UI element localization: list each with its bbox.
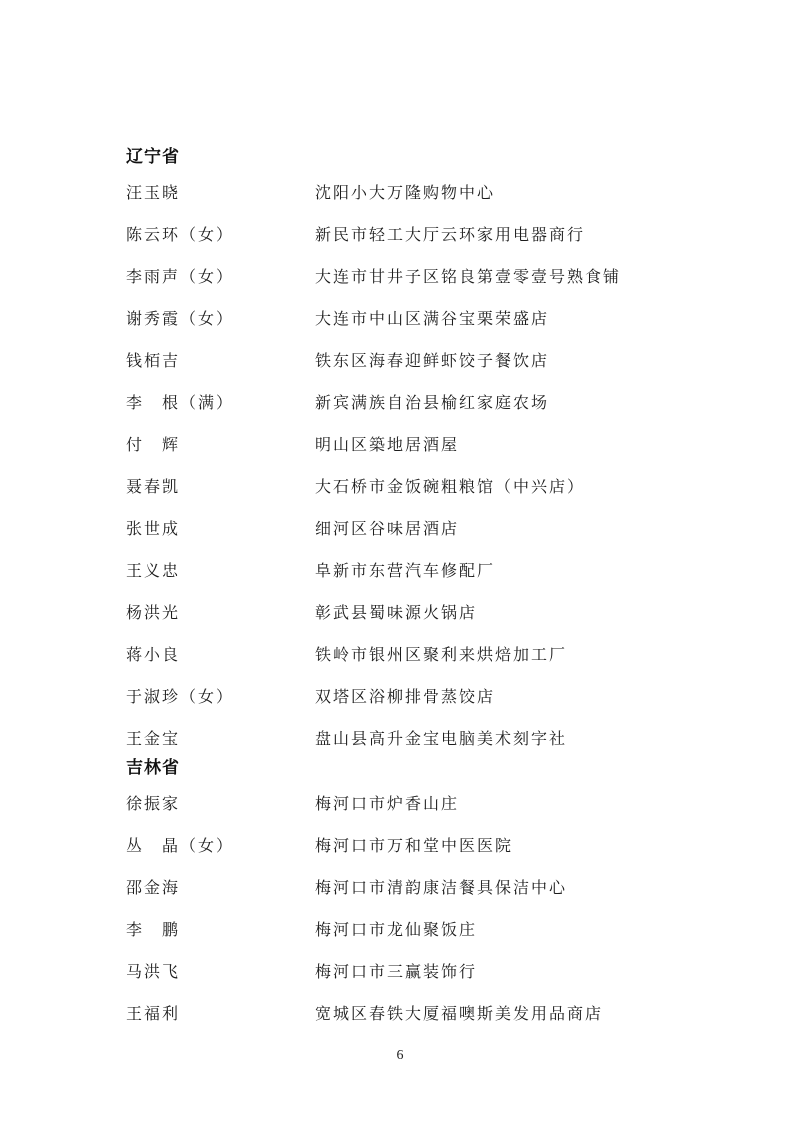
entry-row: 张世成细河区谷味居酒店 (126, 518, 706, 560)
business-name: 新宾满族自治县榆红家庭农场 (315, 392, 706, 434)
entry-row: 王义忠阜新市东营汽车修配厂 (126, 560, 706, 602)
person-name: 徐振家 (126, 793, 315, 835)
person-name: 王义忠 (126, 560, 315, 602)
person-name: 于淑珍（女） (126, 686, 315, 728)
entry-row: 钱栢吉铁东区海春迎鲜虾饺子餐饮店 (126, 350, 706, 392)
business-name: 梅河口市清韵康洁餐具保洁中心 (315, 877, 706, 919)
business-name: 彰武县蜀味源火锅店 (315, 602, 706, 644)
person-name: 丛 晶（女） (126, 835, 315, 877)
entry-row: 谢秀霞（女）大连市中山区满谷宝栗荣盛店 (126, 308, 706, 350)
business-name: 细河区谷味居酒店 (315, 518, 706, 560)
person-name: 李 鹏 (126, 919, 315, 961)
person-name: 张世成 (126, 518, 315, 560)
entry-row: 于淑珍（女）双塔区浴柳排骨蒸饺店 (126, 686, 706, 728)
business-name: 梅河口市龙仙聚饭庄 (315, 919, 706, 961)
person-name: 聂春凯 (126, 476, 315, 518)
entry-row: 马洪飞梅河口市三赢装饰行 (126, 961, 706, 1003)
person-name: 邵金海 (126, 877, 315, 919)
business-name: 梅河口市炉香山庄 (315, 793, 706, 835)
entry-row: 蒋小良铁岭市银州区聚利来烘焙加工厂 (126, 644, 706, 686)
business-name: 盘山县高升金宝电脑美术刻字社 (315, 728, 706, 770)
entry-row: 李雨声（女）大连市甘井子区铭良第壹零壹号熟食铺 (126, 266, 706, 308)
business-name: 阜新市东营汽车修配厂 (315, 560, 706, 602)
business-name: 梅河口市三赢装饰行 (315, 961, 706, 1003)
entry-row: 王福利宽城区春铁大厦福噢斯美发用品商店 (126, 1003, 706, 1045)
person-name: 李 根（满） (126, 392, 315, 434)
person-name: 钱栢吉 (126, 350, 315, 392)
entry-row: 陈云环（女）新民市轻工大厅云环家用电器商行 (126, 224, 706, 266)
entry-row: 汪玉晓沈阳小大万隆购物中心 (126, 182, 706, 224)
entry-row: 王金宝盘山县高升金宝电脑美术刻字社 (126, 728, 706, 770)
entry-row: 聂春凯大石桥市金饭碗粗粮馆（中兴店） (126, 476, 706, 518)
person-name: 李雨声（女） (126, 266, 315, 308)
person-name: 蒋小良 (126, 644, 315, 686)
entry-row: 徐振家梅河口市炉香山庄 (126, 793, 706, 835)
entry-row: 杨洪光彰武县蜀味源火锅店 (126, 602, 706, 644)
business-name: 大连市甘井子区铭良第壹零壹号熟食铺 (315, 266, 706, 308)
page-number: 6 (0, 1046, 800, 1066)
entry-row: 李 鹏梅河口市龙仙聚饭庄 (126, 919, 706, 961)
business-name: 铁东区海春迎鲜虾饺子餐饮店 (315, 350, 706, 392)
person-name: 马洪飞 (126, 961, 315, 1003)
entry-row: 付 辉明山区築地居酒屋 (126, 434, 706, 476)
business-name: 新民市轻工大厅云环家用电器商行 (315, 224, 706, 266)
business-name: 铁岭市银州区聚利来烘焙加工厂 (315, 644, 706, 686)
document-content: 辽宁省汪玉晓沈阳小大万隆购物中心陈云环（女）新民市轻工大厅云环家用电器商行李雨声… (126, 145, 706, 1045)
business-name: 大连市中山区满谷宝栗荣盛店 (315, 308, 706, 350)
entry-row: 李 根（满）新宾满族自治县榆红家庭农场 (126, 392, 706, 434)
person-name: 王福利 (126, 1003, 315, 1045)
province-header: 辽宁省 (126, 145, 706, 182)
business-name: 沈阳小大万隆购物中心 (315, 182, 706, 224)
document-page: 辽宁省汪玉晓沈阳小大万隆购物中心陈云环（女）新民市轻工大厅云环家用电器商行李雨声… (0, 0, 800, 1131)
business-name: 大石桥市金饭碗粗粮馆（中兴店） (315, 476, 706, 518)
person-name: 付 辉 (126, 434, 315, 476)
person-name: 杨洪光 (126, 602, 315, 644)
person-name: 陈云环（女） (126, 224, 315, 266)
person-name: 谢秀霞（女） (126, 308, 315, 350)
business-name: 宽城区春铁大厦福噢斯美发用品商店 (315, 1003, 706, 1045)
entry-row: 丛 晶（女）梅河口市万和堂中医医院 (126, 835, 706, 877)
business-name: 明山区築地居酒屋 (315, 434, 706, 476)
person-name: 汪玉晓 (126, 182, 315, 224)
entry-row: 邵金海梅河口市清韵康洁餐具保洁中心 (126, 877, 706, 919)
business-name: 梅河口市万和堂中医医院 (315, 835, 706, 877)
business-name: 双塔区浴柳排骨蒸饺店 (315, 686, 706, 728)
